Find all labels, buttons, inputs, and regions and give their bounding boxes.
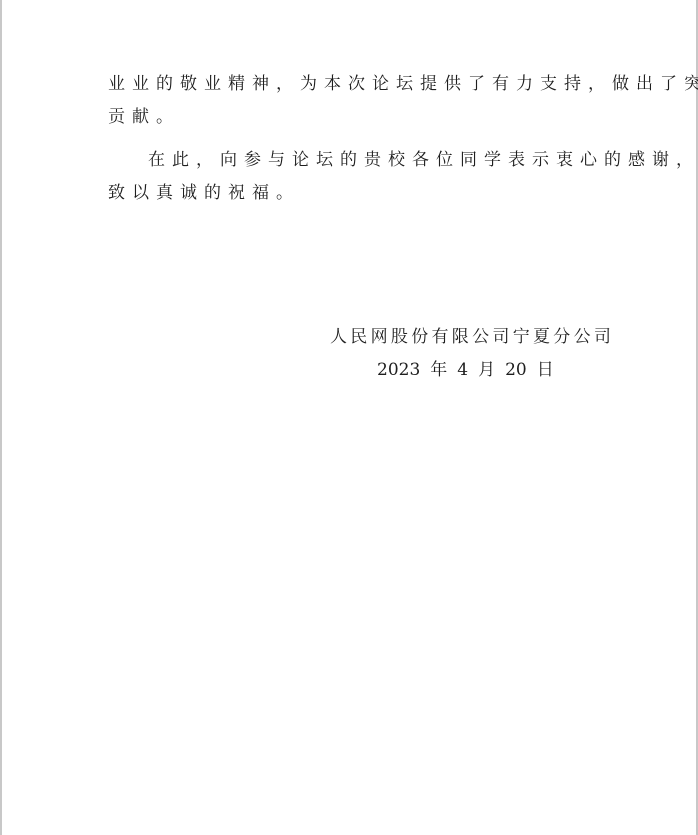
date-month: 4: [457, 360, 468, 380]
paragraph-1-line-2: 贡献。: [108, 106, 180, 128]
date-day-unit: 日: [537, 360, 554, 380]
signature-date: 2023年4月20日: [377, 359, 554, 381]
date-year-unit: 年: [430, 360, 447, 380]
date-year: 2023: [377, 360, 420, 380]
date-month-unit: 月: [478, 360, 495, 380]
paragraph-2-line-1: 在此，向参与论坛的贵校各位同学表示衷心的感谢，并: [148, 149, 698, 171]
paragraph-2-line-2: 致以真诚的祝福。: [108, 182, 300, 204]
date-day: 20: [505, 360, 527, 380]
document-page: 业业的敬业精神，为本次论坛提供了有力支持，做出了突出 贡献。 在此，向参与论坛的…: [0, 0, 698, 835]
paragraph-1-line-1: 业业的敬业精神，为本次论坛提供了有力支持，做出了突出: [108, 73, 698, 95]
signature-organization: 人民网股份有限公司宁夏分公司: [330, 326, 614, 348]
